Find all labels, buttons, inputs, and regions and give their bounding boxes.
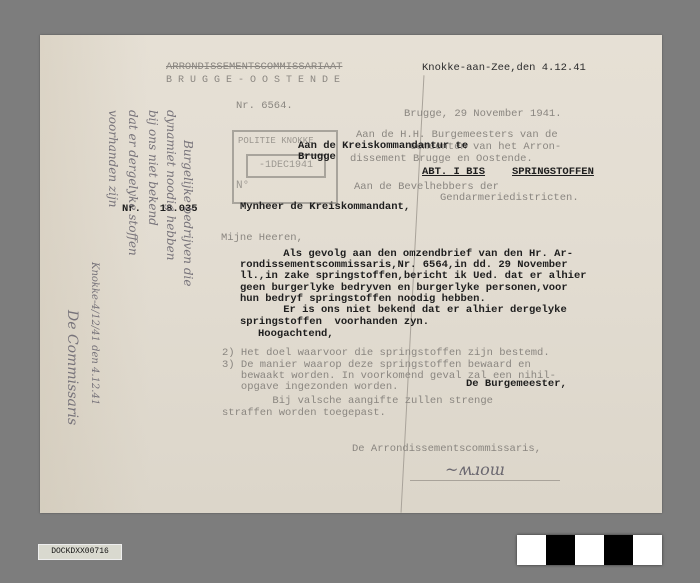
handwritten-note-4: dat er dergelyke stoffen [126,110,140,256]
scale-white-3 [633,535,662,565]
faint-body-2: 2) Het doel waarvoor die springstoffen z… [222,347,550,359]
handwritten-note-2: dynamiet noodig hebben [164,110,178,261]
closing: Hoogachtend, [258,328,334,340]
commissioner-signature: ~ʍɹoɯ [445,460,505,479]
faint-addressee-5: Gendarmeriedistricten. [440,192,579,204]
handwritten-note-3: bij ons niet bekend [146,110,160,226]
scale-white-2 [575,535,604,565]
place-date-original: Brugge, 29 November 1941. [404,108,562,120]
signatory-commissioner: De Arrondissementscommissaris, [352,443,541,455]
scale-white-1 [517,535,546,565]
handwritten-signature: De Commissaris [64,310,80,425]
signatory-mayor: De Burgemeester, [466,378,567,390]
salutation: Mynheer de Kreiskommandant, [240,201,410,213]
header-city: B R U G G E - O O S T E N D E [166,75,340,87]
scale-black-1 [546,535,575,565]
body-line-6: Er is ons niet bekend dat er alhier derg… [258,304,567,316]
body-line-7: springstoffen voorhanden zyn. [240,316,429,328]
signature-line [410,480,560,481]
stamp-number: N° [236,180,249,192]
faint-addressee-3: dissement Brugge en Oostende. [350,153,533,165]
subject-title: SPRINGSTOFFEN [512,166,594,178]
subject-department: ABT. I BIS [422,166,485,178]
color-scale-bar [517,535,662,565]
handwritten-date: Knokke-4/12/41 den 4.12.41 [89,262,100,405]
handwritten-note-1: Burgelijke bedrijven die [181,140,195,286]
header-ref: Nr. 6564. [236,100,293,112]
faint-body-7: straffen worden toegepast. [222,407,386,419]
faint-body-5: opgave ingezonden worden. [222,381,398,393]
archive-label: DOCKDXX00716 [38,544,122,560]
place-date-top: Knokke-aan-Zee,den 4.12.41 [422,62,586,74]
faint-salutation: Mijne Heeren, [221,232,303,244]
scale-black-2 [604,535,633,565]
faint-body-6: Bij valsche aangifte zullen strenge [222,395,493,407]
addressee-line-2: Brugge [298,151,336,163]
handwritten-note-5: voorhanden zijn [106,110,120,208]
body-line-3: ll.,in zake springstoffen,bericht ik Ued… [240,270,587,282]
header-office: ARRONDISSEMENTSCOMMISSARIAAT [166,61,342,73]
